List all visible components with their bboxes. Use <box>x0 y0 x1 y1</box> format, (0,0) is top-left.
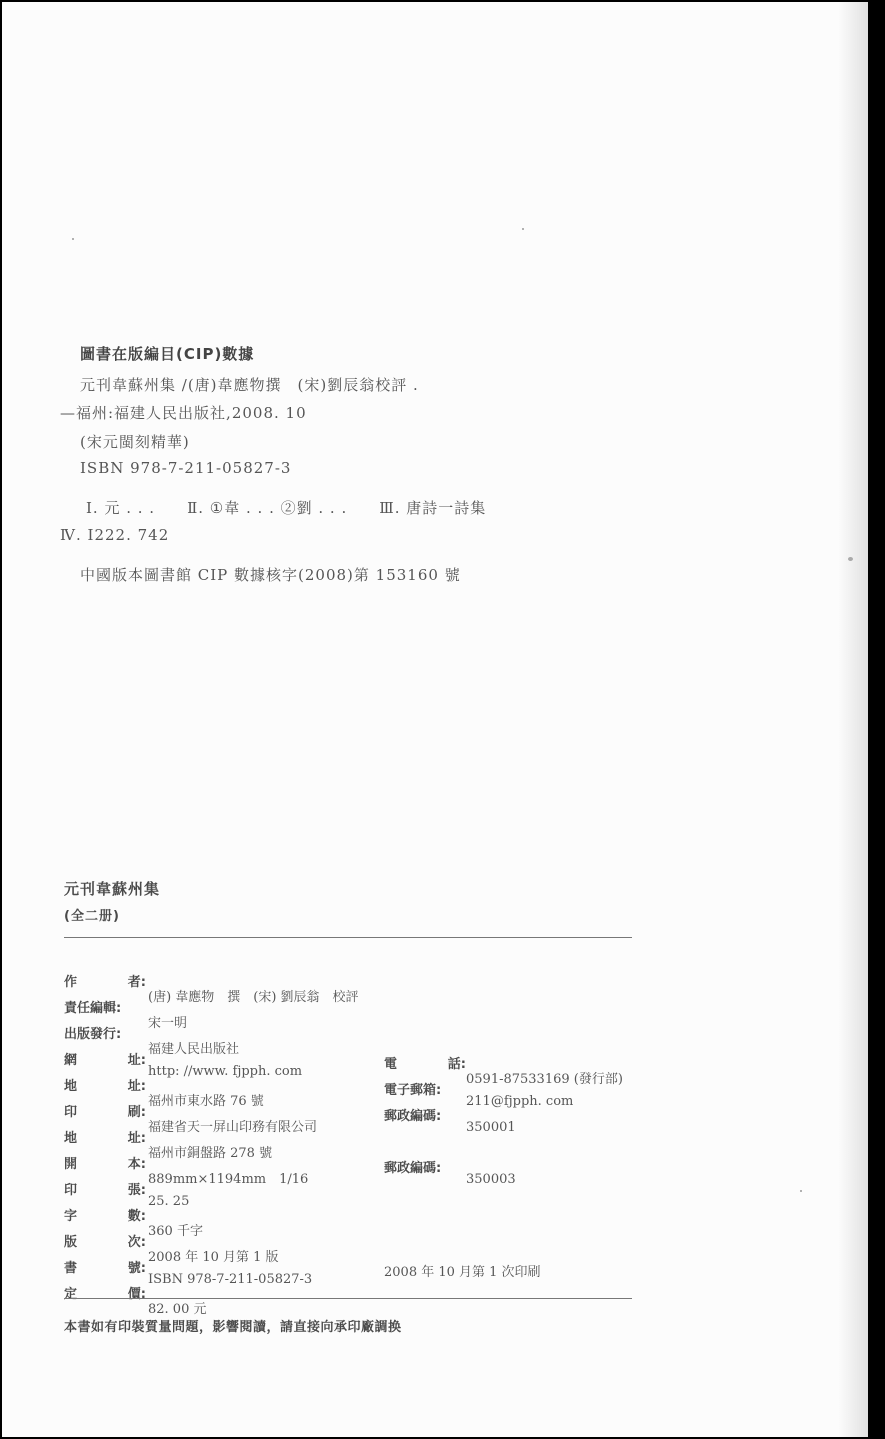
scan-speck <box>848 557 853 561</box>
cip-line-2: —福州:福建人民出版社,2008. 10 <box>60 402 307 423</box>
divider-bottom <box>64 1298 632 1299</box>
detail-row-printer: 印刷: 福建省天一屏山印務有限公司 <box>64 1086 81 1108</box>
detail-row-editor: 責任編輯: 宋一明 <box>64 982 81 1004</box>
cip-isbn: ISBN 978-7-211-05827-3 <box>80 459 291 477</box>
detail-row-website: 網址: http: //www. fjpph. com 電子郵箱: 211@fj… <box>64 1034 81 1056</box>
cip-heading: 圖書在版編目(CIP)數據 <box>80 343 254 364</box>
scan-speck <box>72 238 74 240</box>
detail-row-edition: 版次: 2008 年 10 月第 1 版 2008 年 10 月第 1 次印刷 <box>64 1216 81 1238</box>
detail-row-price: 定價: 82. 00 元 <box>64 1268 81 1290</box>
detail-row-publisher: 出版發行: 福建人民出版社 電話: 0591-87533169 (發行部) <box>64 1008 81 1030</box>
detail-row-author: 作者: (唐) 韋應物 撰 (宋) 劉辰翁 校評 <box>64 956 81 978</box>
copyright-page: 圖書在版編目(CIP)數據 元刊韋蘇州集 /(唐)韋應物撰 (宋)劉辰翁校評 .… <box>2 2 868 1437</box>
scan-speck <box>522 228 524 230</box>
detail-row-address-printer: 地址: 福州市銅盤路 278 號 郵政編碼: 350003 <box>64 1112 81 1134</box>
detail-row-word-count: 字數: 360 千字 <box>64 1190 81 1212</box>
detail-row-isbn: 書號: ISBN 978-7-211-05827-3 <box>64 1242 81 1264</box>
book-title: 元刊韋蘇州集 <box>64 878 160 899</box>
quality-notice: 本書如有印裝質量問題，影響閱讀，請直接向承印廠調换 <box>64 1316 402 1335</box>
book-volumes: (全二册) <box>64 905 120 924</box>
detail-row-sheets: 印張: 25. 25 <box>64 1164 81 1186</box>
cip-classification-1: Ⅰ. 元 . . . Ⅱ. ①韋 . . . ②劉 . . . Ⅲ. 唐詩一詩集 <box>86 497 486 518</box>
cip-classification-2: Ⅳ. I222. 742 <box>60 526 169 544</box>
scan-speck <box>800 1190 802 1192</box>
divider-top <box>64 937 632 938</box>
cip-number: 中國版本圖書館 CIP 數據核字(2008)第 153160 號 <box>80 564 461 585</box>
cip-line-3: (宋元閩刻精華) <box>80 431 190 452</box>
detail-row-format: 開本: 889mm×1194mm 1/16 <box>64 1138 81 1160</box>
cip-line-1: 元刊韋蘇州集 /(唐)韋應物撰 (宋)劉辰翁校評 . <box>80 374 419 395</box>
page-edge-shadow <box>838 2 868 1437</box>
detail-row-address-publisher: 地址: 福州市東水路 76 號 郵政編碼: 350001 <box>64 1060 81 1082</box>
